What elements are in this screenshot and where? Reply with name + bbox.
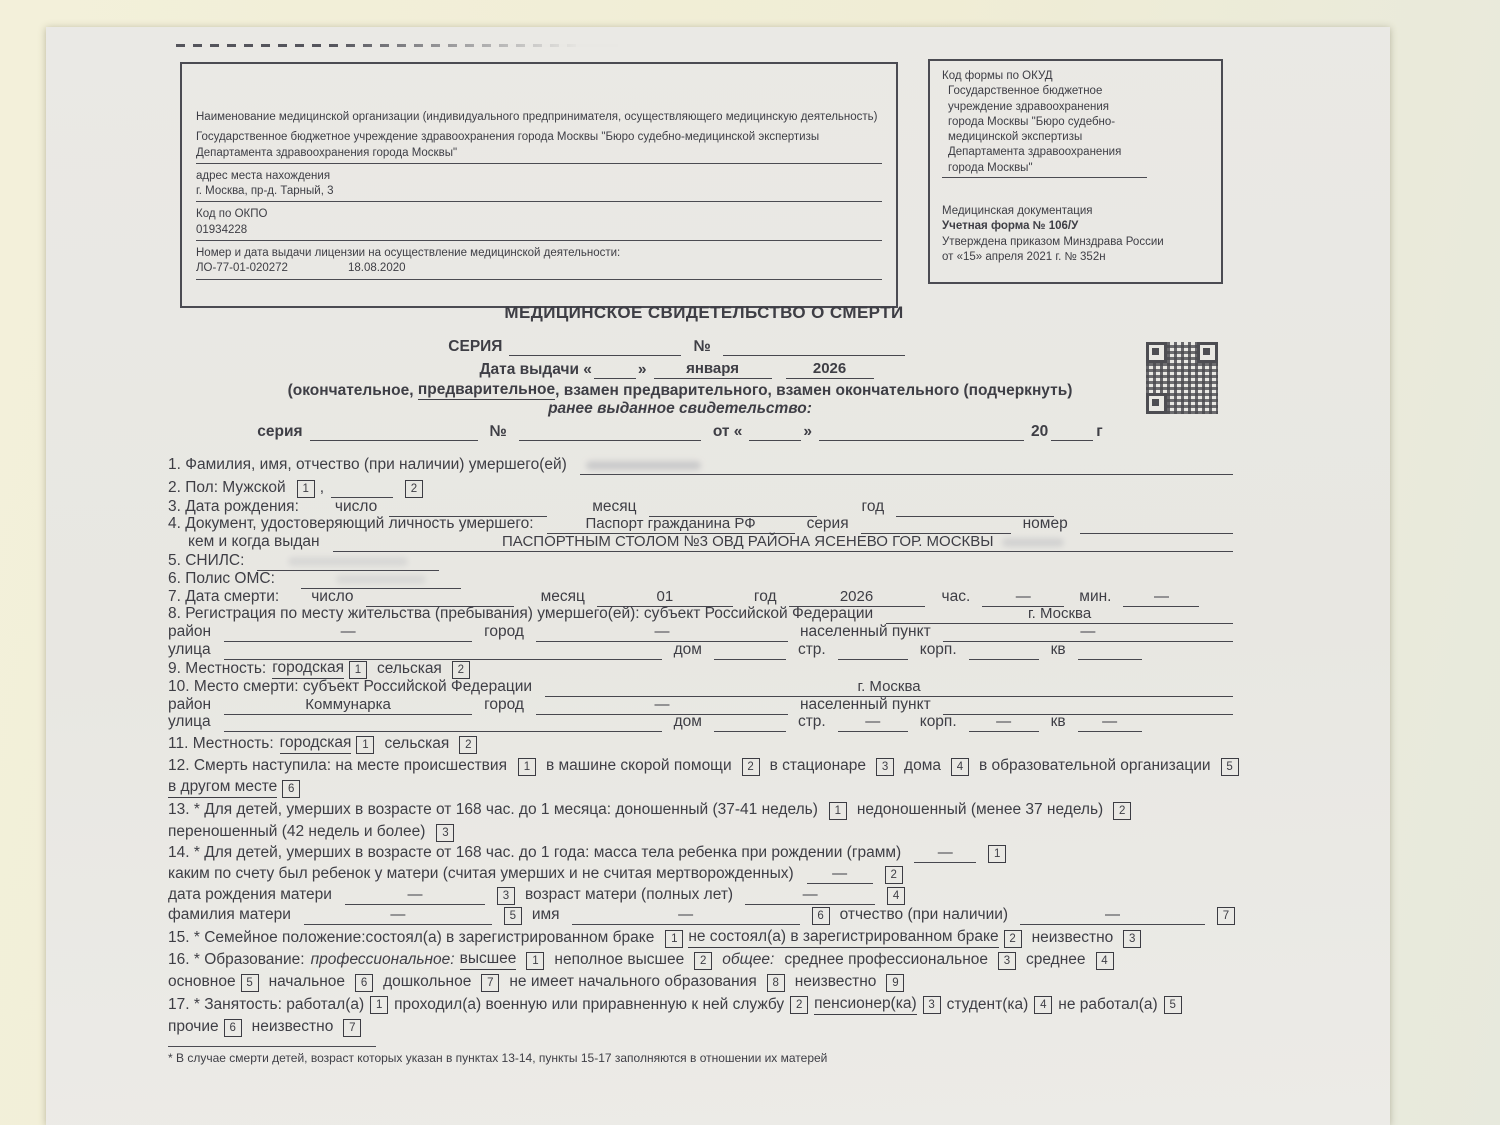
license-number: ЛО-77-01-020272 xyxy=(196,262,288,274)
dash-value: — xyxy=(654,696,669,713)
field-label: 4. Документ, удостоверяющий личность уме… xyxy=(168,514,534,534)
field-residence-registration: 8. Регистрация по месту жительства (преб… xyxy=(168,604,1240,624)
type-post: , взамен предварительного, взамен оконча… xyxy=(555,382,1072,400)
house-label: дом xyxy=(674,712,702,732)
blank-line xyxy=(224,640,662,660)
prev-year-prefix: 20 xyxy=(1031,423,1048,441)
field-label: 11. Местность: xyxy=(168,734,274,754)
field-label: 1. Фамилия, имя, отчество (при наличии) … xyxy=(168,455,567,475)
city-label: город xyxy=(484,622,524,642)
blank-line: — xyxy=(536,622,788,642)
field-employment-line2: прочие6неизвестно7 xyxy=(168,1016,1240,1037)
field-infant-birth-order: каким по счету был ребенок у матери (счи… xyxy=(168,863,1240,884)
address-label: адрес места нахождения xyxy=(196,170,330,182)
checkbox: 4 xyxy=(1096,952,1114,970)
field-mother-birth-date-age: дата рождения матери—3возраст матери (по… xyxy=(168,884,1240,905)
building-label: стр. xyxy=(798,640,826,660)
option-military-service: проходил(а) военную или приравненную к н… xyxy=(394,995,784,1015)
settlement-label: населенный пункт xyxy=(800,622,931,642)
checkbox: 1 xyxy=(518,758,536,776)
blank-line xyxy=(1080,514,1233,534)
option-primary: начальное xyxy=(269,972,345,992)
option-incomplete-higher: неполное высшее xyxy=(554,950,684,970)
option-secondary: среднее xyxy=(1026,950,1086,970)
field-label: 8. Регистрация по месту жительства (преб… xyxy=(168,604,873,624)
document-type-value: Паспорт гражданина РФ xyxy=(586,515,756,532)
blank-line: — xyxy=(807,864,873,884)
license-label: Номер и дата выдачи лицензии на осуществ… xyxy=(196,247,620,259)
photo-of-death-certificate: Наименование медицинской организации (ин… xyxy=(0,0,1500,1125)
prev-quote-close: » xyxy=(803,423,812,441)
qr-finder-icon xyxy=(1197,342,1218,363)
checkbox: 3 xyxy=(923,996,941,1014)
field-education-line2: основное5начальное6дошкольное7не имеет н… xyxy=(168,971,1240,992)
blank-line: г. Москва xyxy=(886,604,1233,624)
blank-line: ПАСПОРТНЫМ СТОЛОМ №3 ОВД РАЙОНА ЯСЕНЕВО … xyxy=(333,532,1233,552)
field-residence-street: улицадомстр.корп.кв xyxy=(168,640,1240,660)
death-year-value: 2026 xyxy=(840,588,873,605)
footnote-rule xyxy=(168,1046,376,1047)
blank-line: — xyxy=(969,712,1039,732)
option-secondary-professional: среднее профессиональное xyxy=(784,950,988,970)
checkbox: 1 xyxy=(988,845,1006,863)
option-student: студент(ка) xyxy=(947,995,1029,1015)
field-label: 9. Местность: xyxy=(168,659,266,679)
dash-value: — xyxy=(1080,623,1095,640)
field-label: 15. * Семейное положение:состоял(а) в за… xyxy=(168,928,654,948)
street-label: улица xyxy=(168,712,211,732)
option-unknown: неизвестно xyxy=(252,1017,334,1037)
checkbox: 2 xyxy=(1004,930,1022,948)
field-death-place: 10. Место смерти: субъект Российской Фед… xyxy=(168,677,1240,697)
approved-line1: Утверждена приказом Минздрава России xyxy=(942,235,1211,250)
checkbox: 9 xyxy=(886,974,904,992)
checkbox: 7 xyxy=(481,974,499,992)
checkbox: 1 xyxy=(665,930,683,948)
checkbox: 5 xyxy=(1164,996,1182,1014)
blank-line xyxy=(714,640,786,660)
blank-line xyxy=(580,455,1233,475)
option-no-education: не имеет начального образования xyxy=(509,972,756,992)
prev-series-label: серия xyxy=(257,423,302,441)
address-value: г. Москва, пр-д. Тарный, 3 xyxy=(196,185,334,197)
form-code-box: Код формы по ОКУД Государственное бюджет… xyxy=(928,59,1223,284)
death-place-region-value: г. Москва xyxy=(857,678,920,695)
blank-line: г. Москва xyxy=(545,677,1233,697)
issue-day-blank xyxy=(594,359,636,379)
issue-month-blank: января xyxy=(654,359,772,379)
field-death-occurred-other: в другом месте6 xyxy=(168,777,1240,798)
okpo-value: 01934228 xyxy=(196,224,247,236)
field-sex: 2. Пол: Мужской1,2 xyxy=(168,477,1240,498)
dash-value: — xyxy=(341,623,356,640)
option-basic: основное xyxy=(168,972,236,992)
street-label: улица xyxy=(168,640,211,660)
field-label: 16. * Образование: xyxy=(168,950,305,970)
field-snils: 5. СНИЛС: xyxy=(168,551,1240,571)
okpo-field: Код по ОКПО 01934228 xyxy=(196,207,882,241)
series-blank xyxy=(509,336,681,356)
footnote-text: * В случае смерти детей, возраст которых… xyxy=(168,1051,827,1065)
okud-label: Код формы по ОКУД xyxy=(942,69,1211,84)
field-education: 16. * Образование:профессиональное:высше… xyxy=(168,949,1240,970)
type-underlined-preliminary: предварительное xyxy=(418,381,555,400)
blank-line xyxy=(301,569,461,589)
checkbox: 1 xyxy=(526,952,544,970)
blank-line: — xyxy=(1078,712,1142,732)
form-number: Учетная форма № 106/У xyxy=(942,219,1211,234)
field-label: 17. * Занятость: работал(а) xyxy=(168,995,364,1015)
field-infant-term-overdue: переношенный (42 недель и более)3 xyxy=(168,821,1240,842)
quote-close: » xyxy=(638,361,647,379)
checkbox: 3 xyxy=(876,758,894,776)
dash-value: — xyxy=(1105,906,1120,923)
series-row: СЕРИЯ№ xyxy=(144,336,1216,356)
org-address: адрес места нахождения г. Москва, пр-д. … xyxy=(196,169,882,203)
option-other-place: в другом месте xyxy=(168,777,277,798)
rural-option: сельская xyxy=(377,659,442,679)
checkbox: 1 xyxy=(829,802,847,820)
field-label: каким по счету был ребенок у матери (счи… xyxy=(168,864,794,884)
redacted-smudge xyxy=(336,575,426,584)
checkbox: 5 xyxy=(504,907,522,925)
checkbox: 2 xyxy=(742,758,760,776)
certificate-type-row: (окончательное, предварительное, взамен … xyxy=(144,381,1216,400)
checkbox: 6 xyxy=(224,1019,242,1037)
medical-org-box: Наименование медицинской организации (ин… xyxy=(180,62,898,308)
option-other: прочие xyxy=(168,1017,219,1037)
field-identity-document: 4. Документ, удостоверяющий личность уме… xyxy=(168,514,1240,534)
field-death-occurred: 12. Смерть наступила: на месте происшест… xyxy=(168,755,1240,776)
blank-line: — xyxy=(224,622,472,642)
block-label: корп. xyxy=(920,640,957,660)
blank-line: Паспорт гражданина РФ xyxy=(547,514,795,534)
option-hospital: в стационаре xyxy=(770,756,866,776)
blank-line xyxy=(331,478,393,498)
qr-finder-icon xyxy=(1146,393,1167,414)
prev-year-blank xyxy=(1051,421,1093,441)
checkbox: 3 xyxy=(436,824,454,842)
checkbox: 6 xyxy=(812,907,830,925)
checkbox: 3 xyxy=(998,952,1016,970)
number-label: № xyxy=(693,338,710,356)
form-doc-block: Медицинская документация Учетная форма №… xyxy=(942,204,1211,265)
redacted-smudge xyxy=(288,557,408,566)
blank-line xyxy=(714,712,786,732)
option-overdue: переношенный (42 недель и более) xyxy=(168,822,425,842)
issue-date-row: Дата выдачи «»января2026 xyxy=(144,359,1216,379)
checkbox: 7 xyxy=(1217,907,1235,925)
dash-value: — xyxy=(407,886,422,903)
checkbox: 1 xyxy=(370,996,388,1014)
field-label: кем и когда выдан xyxy=(188,532,320,552)
license-date: 18.08.2020 xyxy=(348,262,406,274)
issue-month-value: января xyxy=(686,360,739,377)
mother-firstname-label: имя xyxy=(532,905,560,925)
blank-line: — xyxy=(914,843,976,863)
checkbox: 6 xyxy=(355,974,373,992)
blank-line: — xyxy=(838,712,908,732)
okud-rule xyxy=(942,177,1147,178)
option-higher: высшее xyxy=(460,949,517,970)
checkbox: 1 xyxy=(297,480,315,498)
dash-value: — xyxy=(1016,588,1031,605)
mother-birthdate-label: дата рождения матери xyxy=(168,885,332,905)
checkbox: 2 xyxy=(694,952,712,970)
option-preschool: дошкольное xyxy=(383,972,471,992)
block-label: корп. xyxy=(920,712,957,732)
field-label: 10. Место смерти: субъект Российской Фед… xyxy=(168,677,532,697)
previous-certificate-caption: ранее выданное свидетельство: xyxy=(144,400,1216,418)
cut-line-fade xyxy=(176,44,618,47)
blank-line: — xyxy=(345,885,485,905)
checkbox: 4 xyxy=(951,758,969,776)
redacted-date-smudge xyxy=(1002,538,1064,547)
option-not-married: не состоял(а) в зарегистрированном браке xyxy=(688,927,998,948)
prev-number-label: № xyxy=(490,423,507,441)
previous-certificate-row: серия№от «»20г xyxy=(144,421,1216,441)
field-death-place-street: улицадомстр.—корп.—кв— xyxy=(168,712,1240,732)
option-unknown: неизвестно xyxy=(1032,928,1114,948)
checkbox: 4 xyxy=(1034,996,1052,1014)
blank-line xyxy=(1078,640,1142,660)
issue-date-label: Дата выдачи « xyxy=(479,361,591,379)
doc-type: Медицинская документация xyxy=(942,204,1211,219)
dash-value: — xyxy=(996,713,1011,730)
professional-label: профессиональное: xyxy=(311,950,455,970)
urban-option: городская xyxy=(272,658,344,679)
comma: , xyxy=(320,478,324,498)
dash-value: — xyxy=(654,623,669,640)
field-label: 13. * Для детей, умерших в возрасте от 1… xyxy=(168,800,818,820)
checkbox: 2 xyxy=(405,480,423,498)
series-label: серия xyxy=(807,514,849,534)
checkbox: 2 xyxy=(790,996,808,1014)
cut-dashed-line xyxy=(176,44,618,47)
type-pre: (окончательное, xyxy=(288,382,418,400)
org-name-value: Государственное бюджетное учреждение здр… xyxy=(196,130,882,164)
prev-series-blank xyxy=(310,421,478,441)
prev-number-blank xyxy=(519,421,701,441)
checkbox: 3 xyxy=(497,887,515,905)
checkbox: 5 xyxy=(241,974,259,992)
checkbox: 8 xyxy=(767,974,785,992)
issuer-value: ПАСПОРТНЫМ СТОЛОМ №3 ОВД РАЙОНА ЯСЕНЕВО … xyxy=(502,533,994,550)
option-unknown: неизвестно xyxy=(795,972,877,992)
dash-value: — xyxy=(832,865,847,882)
blank-line: — xyxy=(745,885,875,905)
field-infant-birth-weight: 14. * Для детей, умерших в возрасте от 1… xyxy=(168,842,1240,863)
blank-line xyxy=(838,640,908,660)
qr-finder-icon xyxy=(1146,342,1167,363)
field-label: 2. Пол: Мужской xyxy=(168,478,286,498)
field-oms-policy: 6. Полис ОМС: xyxy=(168,569,1240,589)
mother-surname-label: фамилия матери xyxy=(168,905,291,925)
option-home: дома xyxy=(904,756,941,776)
prev-from-label: от « xyxy=(713,423,743,441)
mother-age-label: возраст матери (полных лет) xyxy=(525,885,733,905)
dash-value: — xyxy=(1102,713,1117,730)
org-name-label: Наименование медицинской организации (ин… xyxy=(196,110,882,125)
qr-code xyxy=(1146,342,1218,414)
issue-year-blank: 2026 xyxy=(786,359,874,379)
dash-value: — xyxy=(938,844,953,861)
field-residence-district: район—город—населенный пункт— xyxy=(168,622,1240,642)
dash-value: — xyxy=(803,886,818,903)
death-month-value: 01 xyxy=(657,588,674,605)
blank-line: — xyxy=(943,622,1233,642)
district-value: Коммунарка xyxy=(305,696,391,713)
blank-line: — xyxy=(304,905,492,925)
field-label: 5. СНИЛС: xyxy=(168,551,244,571)
apartment-label: кв xyxy=(1051,712,1066,732)
blank-line xyxy=(969,640,1039,660)
dash-value: — xyxy=(865,713,880,730)
urban-option: городская xyxy=(280,733,352,754)
field-label: 12. Смерть наступила: на месте происшест… xyxy=(168,756,507,776)
redacted-name-smudge xyxy=(586,461,701,470)
checkbox: 3 xyxy=(1123,930,1141,948)
checkbox: 1 xyxy=(356,736,374,754)
field-locality-11: 11. Местность:городская1сельская2 xyxy=(168,733,1240,754)
prev-month-blank xyxy=(819,421,1024,441)
dash-value: — xyxy=(390,906,405,923)
checkbox: 5 xyxy=(1221,758,1239,776)
rural-option: сельская xyxy=(384,734,449,754)
field-label: 14. * Для детей, умерших в возрасте от 1… xyxy=(168,843,901,863)
checkbox: 2 xyxy=(885,866,903,884)
checkbox: 2 xyxy=(1113,802,1131,820)
field-mother-name: фамилия матери—5имя—6отчество (при налич… xyxy=(168,904,1240,925)
document-title: МЕДИЦИНСКОЕ СВИДЕТЕЛЬСТВО О СМЕРТИ xyxy=(168,303,1240,323)
blank-line xyxy=(224,712,662,732)
blank-line: — xyxy=(1020,905,1205,925)
dash-value: — xyxy=(1154,588,1169,605)
field-document-issuer: кем и когда выданПАСПОРТНЫМ СТОЛОМ №3 ОВ… xyxy=(168,532,1240,552)
option-premature: недоношенный (менее 37 недель) xyxy=(857,800,1103,820)
checkbox: 7 xyxy=(343,1019,361,1037)
general-label: общее: xyxy=(722,950,774,970)
field-deceased-name: 1. Фамилия, имя, отчество (при наличии) … xyxy=(168,455,1240,475)
number-label: номер xyxy=(1023,514,1068,534)
approved-line2: от «15» апреля 2021 г. № 352н xyxy=(942,250,1211,265)
blank-line xyxy=(257,551,439,571)
residence-region-value: г. Москва xyxy=(1028,605,1091,622)
dash-value: — xyxy=(678,906,693,923)
field-label: 6. Полис ОМС: xyxy=(168,569,275,589)
checkbox: 6 xyxy=(282,780,300,798)
blank-line xyxy=(861,514,1011,534)
issue-year-value: 2026 xyxy=(813,360,846,377)
okpo-label: Код по ОКПО xyxy=(196,208,267,220)
prev-day-blank xyxy=(749,421,801,441)
number-blank xyxy=(723,336,905,356)
license-field: Номер и дата выдачи лицензии на осуществ… xyxy=(196,246,882,280)
checkbox: 4 xyxy=(887,887,905,905)
blank-line: — xyxy=(572,905,800,925)
building-label: стр. xyxy=(798,712,826,732)
field-locality-9: 9. Местность:городская1сельская2 xyxy=(168,658,1240,679)
option-pensioner: пенсионер(ка) xyxy=(814,994,916,1015)
house-label: дом xyxy=(674,640,702,660)
apartment-label: кв xyxy=(1051,640,1066,660)
field-marital-status: 15. * Семейное положение:состоял(а) в за… xyxy=(168,927,1240,948)
series-label: СЕРИЯ xyxy=(448,338,502,356)
prev-year-suffix: г xyxy=(1096,423,1102,441)
option-ambulance: в машине скорой помощи xyxy=(546,756,732,776)
field-employment: 17. * Занятость: работал(а)1проходил(а) … xyxy=(168,994,1240,1015)
mother-patronymic-label: отчество (при наличии) xyxy=(840,905,1009,925)
okud-org-value: Государственное бюджетное учреждение здр… xyxy=(948,84,1133,176)
field-infant-term: 13. * Для детей, умерших в возрасте от 1… xyxy=(168,799,1240,820)
option-not-working: не работал(а) xyxy=(1058,995,1157,1015)
checkbox: 2 xyxy=(459,736,477,754)
district-label: район xyxy=(168,622,211,642)
option-educational-org: в образовательной организации xyxy=(979,756,1211,776)
